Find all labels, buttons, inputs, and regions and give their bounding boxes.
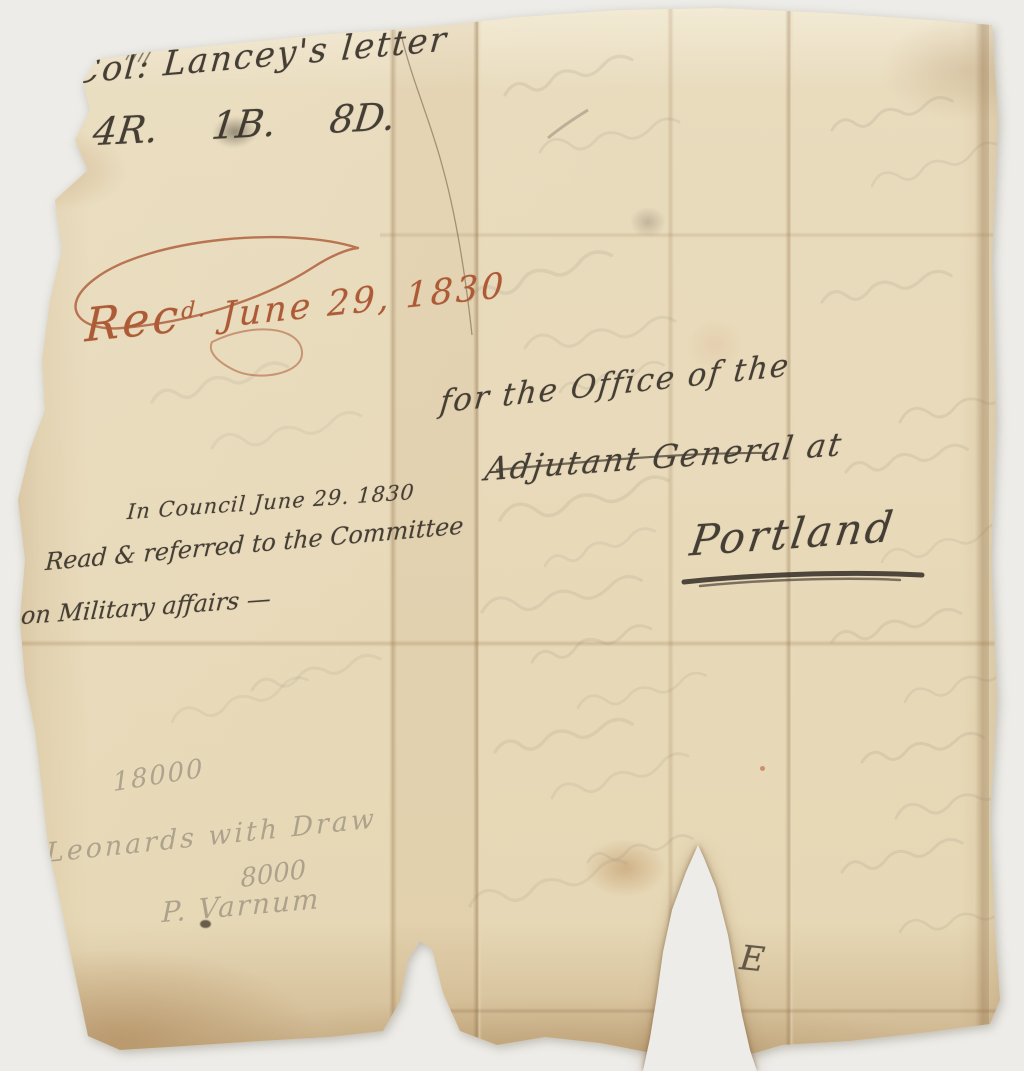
- document-scan: Col: Lancey's letter 4R. 1B. 8D. Recd. J…: [0, 0, 1024, 1071]
- torn-hole: [0, 0, 1024, 1071]
- torn-hole-shadow: [0, 0, 1024, 1071]
